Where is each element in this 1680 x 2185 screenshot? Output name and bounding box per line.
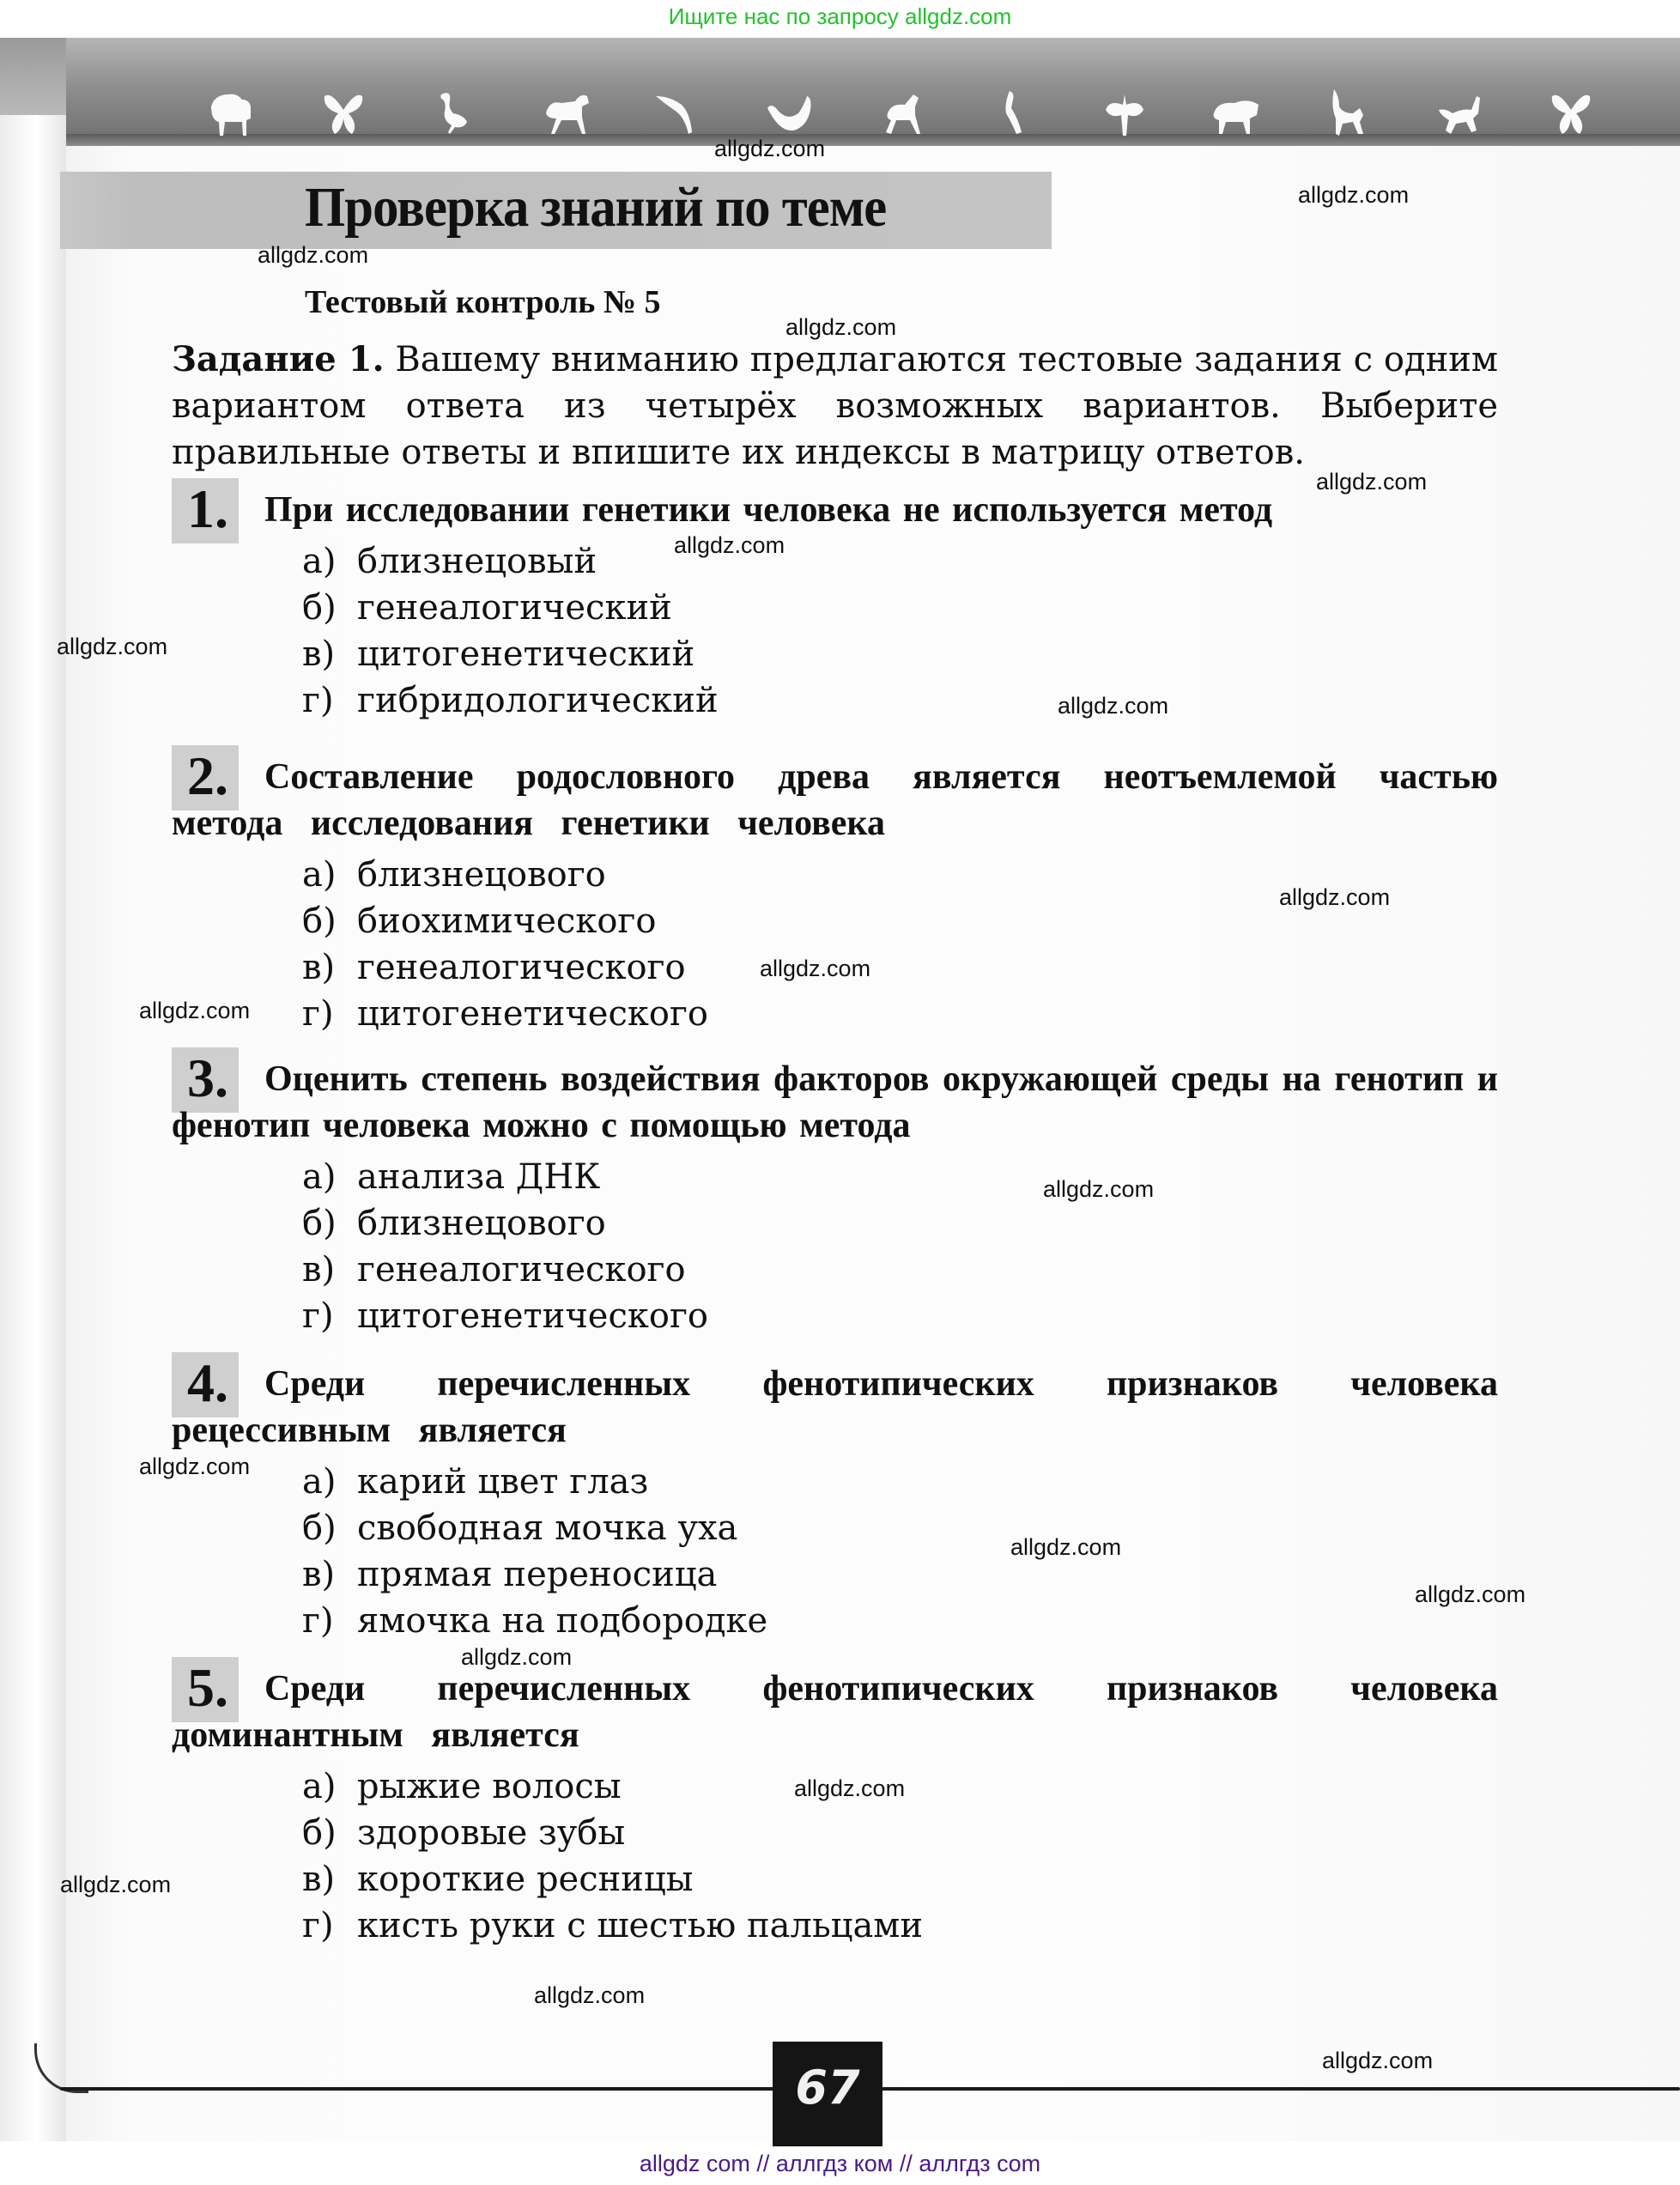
bison-icon: [206, 88, 258, 137]
question-3: 3. Оценить степень воздействия факторов …: [172, 1047, 1498, 1339]
question-4: 4. Среди перечисленных фенотипических пр…: [172, 1352, 1498, 1644]
question-text: Оценить степень воздействия факторов окр…: [172, 1047, 1498, 1149]
option-a[interactable]: а)близнецовый: [302, 538, 1498, 585]
options-list: а)карий цвет глаз б)свободная мочка уха …: [172, 1459, 1498, 1644]
watermark: allgdz.com: [1058, 693, 1168, 719]
left-page-header-edge: [0, 38, 66, 115]
option-v[interactable]: в)генеалогического: [302, 1247, 1498, 1293]
lizard-icon: [987, 88, 1039, 137]
bird-icon: [652, 88, 704, 137]
watermark: allgdz.com: [714, 136, 825, 162]
option-a[interactable]: а)карий цвет глаз: [302, 1459, 1498, 1505]
option-v[interactable]: в)цитогенетический: [302, 631, 1498, 677]
options-list: а)анализа ДНК б)близнецового в)генеалоги…: [172, 1154, 1498, 1339]
cat-icon: [1322, 88, 1374, 137]
boar-icon: [1210, 88, 1262, 137]
watermark: allgdz.com: [139, 998, 250, 1024]
watermark: allgdz.com: [461, 1644, 572, 1671]
horse-icon: [541, 88, 592, 137]
options-list: а)близнецовый б)генеалогический в)цитоге…: [172, 538, 1498, 724]
antelope-icon: [876, 88, 927, 137]
option-g[interactable]: г)ямочка на подбородке: [302, 1598, 1498, 1644]
question-text: Среди перечисленных фенотипических призн…: [172, 1657, 1498, 1758]
watermark: allgdz.com: [1298, 182, 1409, 209]
watermark: allgdz.com: [760, 956, 870, 982]
bottom-watermark: allgdz com // аллгдз ком // аллгдз com: [0, 2151, 1680, 2177]
watermark: allgdz.com: [57, 634, 167, 660]
question-1: 1. При исследовании генетики человека не…: [172, 478, 1498, 724]
top-watermark: Ищите нас по запросу allgdz.com: [0, 3, 1680, 30]
options-list: а)близнецового б)биохимического в)генеал…: [172, 852, 1498, 1037]
option-g[interactable]: г)кисть руки с шестью пальцами: [302, 1903, 1498, 1949]
option-v[interactable]: в)генеалогического: [302, 944, 1498, 991]
option-b[interactable]: б)генеалогический: [302, 585, 1498, 631]
fish-icon: [764, 88, 816, 137]
task-label: Задание 1.: [172, 339, 385, 379]
option-b[interactable]: б)свободная мочка уха: [302, 1505, 1498, 1551]
watermark: allgdz.com: [1279, 884, 1390, 911]
watermark: allgdz.com: [1415, 1581, 1525, 1608]
page-number: 67: [773, 2061, 882, 2115]
insect-icon: [1099, 88, 1150, 137]
option-g[interactable]: г)цитогенетического: [302, 991, 1498, 1037]
watermark: allgdz.com: [1316, 469, 1427, 495]
option-v[interactable]: в)короткие ресницы: [302, 1856, 1498, 1903]
watermark: allgdz.com: [674, 532, 785, 559]
page-title: Проверка знаний по теме: [305, 175, 886, 240]
watermark: allgdz.com: [534, 1982, 645, 2009]
watermark: allgdz.com: [258, 242, 368, 269]
question-text: Среди перечисленных фенотипических призн…: [172, 1352, 1498, 1454]
test-subtitle: Тестовый контроль № 5: [305, 283, 661, 321]
left-page-edge: [0, 38, 68, 2141]
watermark: allgdz.com: [785, 314, 896, 341]
option-b[interactable]: б)близнецового: [302, 1200, 1498, 1247]
watermark: allgdz.com: [60, 1872, 171, 1898]
question-text: При исследовании генетики человека не ис…: [172, 478, 1498, 533]
watermark: allgdz.com: [1010, 1534, 1121, 1561]
option-g[interactable]: г)гибридологический: [302, 677, 1498, 724]
butterfly-icon: [318, 88, 369, 137]
option-a[interactable]: а)анализа ДНК: [302, 1154, 1498, 1200]
task-intro: Задание 1. Вашему вниманию предлагаются …: [172, 337, 1498, 476]
option-v[interactable]: в)прямая переносица: [302, 1551, 1498, 1598]
question-text: Составление родословного древа является …: [172, 745, 1498, 847]
option-b[interactable]: б)здоровые зубы: [302, 1810, 1498, 1856]
watermark: allgdz.com: [1322, 2048, 1433, 2074]
watermark: allgdz.com: [794, 1775, 905, 1802]
butterfly-icon: [1545, 88, 1597, 137]
watermark: allgdz.com: [1043, 1176, 1154, 1203]
option-g[interactable]: г)цитогенетического: [302, 1293, 1498, 1339]
watermark: allgdz.com: [139, 1454, 250, 1480]
question-5: 5. Среди перечисленных фенотипических пр…: [172, 1657, 1498, 1949]
animal-silhouettes: [206, 84, 1597, 137]
scorpion-icon: [429, 88, 481, 137]
gazelle-icon: [1434, 88, 1485, 137]
